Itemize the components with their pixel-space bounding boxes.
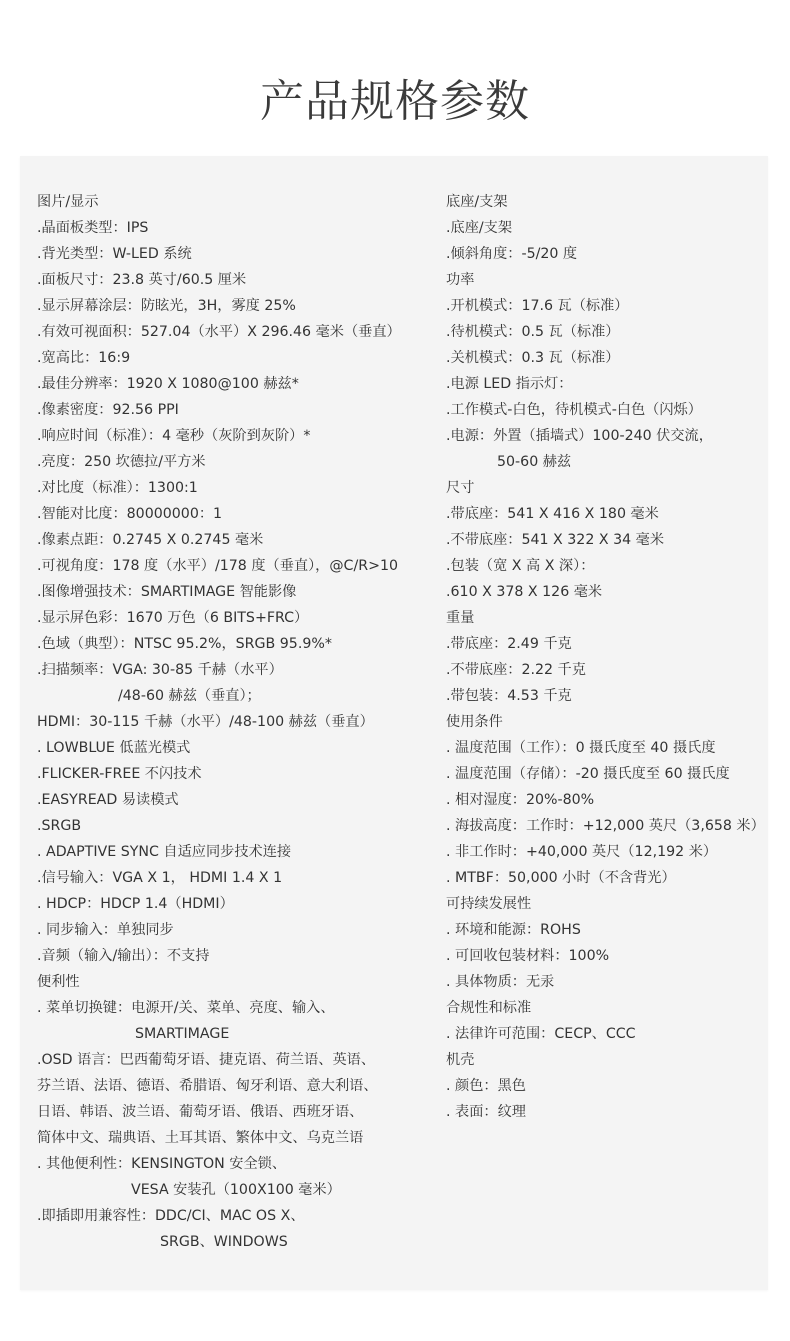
spec-item: .像素密度：92.56 PPI (37, 397, 442, 423)
spec-item: . 温度范围（工作）：0 摄氏度至 40 摄氏度 (446, 735, 768, 761)
spec-item: .亮度：250 坎德拉/平方米 (37, 449, 442, 475)
spec-item: .最佳分辨率：1920 X 1080@100 赫兹* (37, 371, 442, 397)
spec-column-right: 底座/支架.底座/支架.倾斜角度：-5/20 度功率.开机模式：17.6 瓦（标… (446, 189, 768, 1125)
spec-line-continuation: 简体中文、瑞典语、土耳其语、繁体中文、乌克兰语 (37, 1125, 442, 1151)
spec-item: .底座/支架 (446, 215, 768, 241)
spec-item: . 表面：纹理 (446, 1099, 768, 1125)
spec-section-heading: 图片/显示 (37, 189, 442, 215)
spec-item: .图像增强技术：SMARTIMAGE 智能影像 (37, 579, 442, 605)
spec-item: .带底座：541 X 416 X 180 毫米 (446, 501, 768, 527)
spec-item: . ADAPTIVE SYNC 自适应同步技术连接 (37, 839, 442, 865)
spec-section-heading: 功率 (446, 267, 768, 293)
spec-item: .电源 LED 指示灯： (446, 371, 768, 397)
spec-item: .610 X 378 X 126 毫米 (446, 579, 768, 605)
spec-item: . LOWBLUE 低蓝光模式 (37, 735, 442, 761)
spec-section-heading: 可持续发展性 (446, 891, 768, 917)
spec-item: .像素点距：0.2745 X 0.2745 毫米 (37, 527, 442, 553)
spec-item: .不带底座：2.22 千克 (446, 657, 768, 683)
spec-item: .FLICKER-FREE 不闪技术 (37, 761, 442, 787)
spec-item: .不带底座：541 X 322 X 34 毫米 (446, 527, 768, 553)
spec-item: . 法律许可范围：CECP、CCC (446, 1021, 768, 1047)
spec-item: .电源：外置（插墙式）100-240 伏交流， (446, 423, 768, 449)
spec-section-heading: 合规性和标准 (446, 995, 768, 1021)
spec-section-heading: 尺寸 (446, 475, 768, 501)
spec-line-continuation: 日语、韩语、波兰语、葡萄牙语、俄语、西班牙语、 (37, 1099, 442, 1125)
spec-item: .倾斜角度：-5/20 度 (446, 241, 768, 267)
spec-item: . MTBF：50,000 小时（不含背光） (446, 865, 768, 891)
spec-item: .对比度（标准）：1300:1 (37, 475, 442, 501)
spec-line-continuation: 芬兰语、法语、德语、希腊语、匈牙利语、意大利语、 (37, 1073, 442, 1099)
spec-item: . 温度范围（存储）：-20 摄氏度至 60 摄氏度 (446, 761, 768, 787)
spec-item: . 其他便利性：KENSINGTON 安全锁、 (37, 1151, 442, 1177)
spec-item: .即插即用兼容性：DDC/CI、MAC OS X、 (37, 1203, 442, 1229)
spec-item: .宽高比：16:9 (37, 345, 442, 371)
spec-item: . 环境和能源：ROHS (446, 917, 768, 943)
spec-section-heading: 使用条件 (446, 709, 768, 735)
spec-item: .音频（输入/输出）：不支持 (37, 943, 442, 969)
spec-item: .有效可视面积：527.04（水平）X 296.46 毫米（垂直） (37, 319, 442, 345)
spec-item: .信号输入：VGA X 1， HDMI 1.4 X 1 (37, 865, 442, 891)
spec-panel: 图片/显示.晶面板类型：IPS.背光类型：W-LED 系统.面板尺寸：23.8 … (20, 156, 768, 1290)
spec-section-heading: 便利性 (37, 969, 442, 995)
spec-item: .带底座：2.49 千克 (446, 631, 768, 657)
spec-item: .显示屏色彩：1670 万色（6 BITS+FRC） (37, 605, 442, 631)
spec-item: .色域（典型）：NTSC 95.2%，SRGB 95.9%* (37, 631, 442, 657)
spec-item: HDMI：30-115 千赫（水平）/48-100 赫兹（垂直） (37, 709, 442, 735)
spec-item: . 具体物质：无汞 (446, 969, 768, 995)
spec-item: .背光类型：W-LED 系统 (37, 241, 442, 267)
spec-item: . 颜色：黑色 (446, 1073, 768, 1099)
spec-line-continuation: /48-60 赫兹（垂直）； (37, 683, 442, 709)
spec-item: . HDCP：HDCP 1.4（HDMI） (37, 891, 442, 917)
spec-item: .待机模式：0.5 瓦（标准） (446, 319, 768, 345)
spec-item: . 菜单切换键：电源开/关、菜单、亮度、输入、 (37, 995, 442, 1021)
spec-item: .扫描频率：VGA: 30-85 千赫（水平） (37, 657, 442, 683)
spec-item: . 同步输入：单独同步 (37, 917, 442, 943)
spec-section-heading: 底座/支架 (446, 189, 768, 215)
spec-item: .显示屏幕涂层：防眩光，3H，雾度 25% (37, 293, 442, 319)
spec-item: .关机模式：0.3 瓦（标准） (446, 345, 768, 371)
spec-section-heading: 重量 (446, 605, 768, 631)
spec-column-left: 图片/显示.晶面板类型：IPS.背光类型：W-LED 系统.面板尺寸：23.8 … (37, 189, 442, 1255)
spec-item: . 非工作时：+40,000 英尺（12,192 米） (446, 839, 768, 865)
spec-line-continuation: VESA 安装孔（100X100 毫米） (37, 1177, 442, 1203)
spec-item: . 可回收包装材料：100% (446, 943, 768, 969)
spec-item: .工作模式-白色，待机模式-白色（闪烁） (446, 397, 768, 423)
spec-item: .开机模式：17.6 瓦（标准） (446, 293, 768, 319)
spec-item: .面板尺寸：23.8 英寸/60.5 厘米 (37, 267, 442, 293)
spec-item: .智能对比度：80000000：1 (37, 501, 442, 527)
spec-item: . 相对湿度：20%-80% (446, 787, 768, 813)
spec-item: .响应时间（标准）：4 毫秒（灰阶到灰阶）* (37, 423, 442, 449)
spec-line-continuation: SMARTIMAGE (37, 1021, 442, 1047)
spec-item: .带包装：4.53 千克 (446, 683, 768, 709)
spec-item: .晶面板类型：IPS (37, 215, 442, 241)
spec-section-heading: 机壳 (446, 1047, 768, 1073)
spec-line-continuation: 50-60 赫兹 (446, 449, 768, 475)
spec-item: .可视角度：178 度（水平）/178 度（垂直），@C/R>10 (37, 553, 442, 579)
spec-item: .OSD 语言：巴西葡萄牙语、捷克语、荷兰语、英语、 (37, 1047, 442, 1073)
page-title: 产品规格参数 (0, 72, 790, 132)
spec-item: .EASYREAD 易读模式 (37, 787, 442, 813)
spec-item: . 海拔高度：工作时：+12,000 英尺（3,658 米） (446, 813, 768, 839)
spec-item: .包装（宽 X 高 X 深）： (446, 553, 768, 579)
spec-item: .SRGB (37, 813, 442, 839)
spec-line-continuation: SRGB、WINDOWS (37, 1229, 442, 1255)
